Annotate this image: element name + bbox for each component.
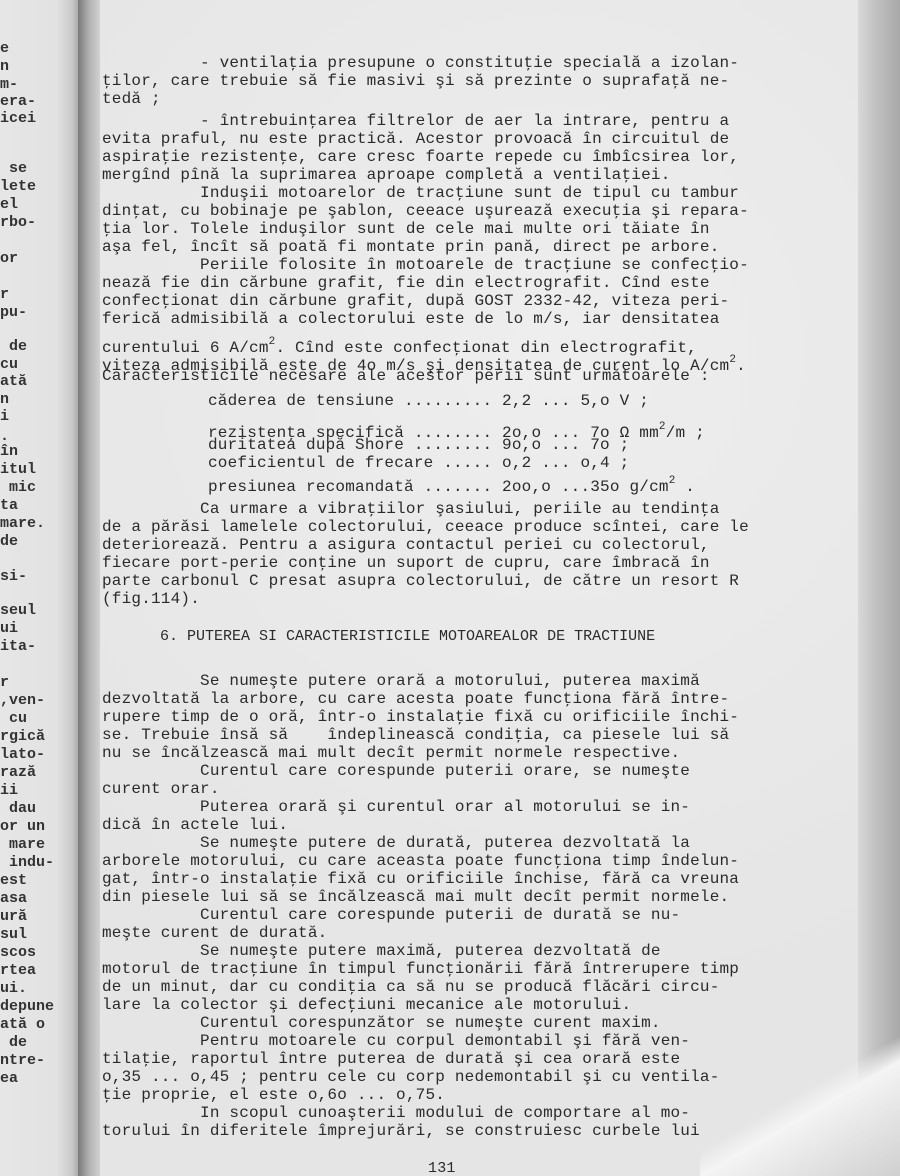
text-line: (fig.114). <box>102 590 200 608</box>
text-line: torului în diferitele împrejurări, se co… <box>102 1122 700 1140</box>
margin-fragment: ntre- <box>0 1052 45 1069</box>
text-line: tedă ; <box>102 90 161 108</box>
margin-fragment: lete <box>0 178 36 195</box>
margin-fragment: de <box>0 533 18 550</box>
margin-fragment: indu- <box>0 854 54 871</box>
text-line: confecţionat din cărbune grafit, după GO… <box>102 292 729 310</box>
margin-fragment: ată o <box>0 1016 45 1033</box>
text-line: dică în actele lui. <box>102 816 288 834</box>
characteristic-label: duritatea după Shore ........ <box>208 436 502 454</box>
margin-fragment: rgică <box>0 728 45 745</box>
text-line: parte carbonul C presat asupra colectoru… <box>102 572 739 590</box>
margin-fragment: se <box>0 160 27 177</box>
text-line: ferică admisibilă a colectorului este de… <box>102 310 720 328</box>
margin-fragment: rbo- <box>0 214 36 231</box>
margin-fragment: or <box>0 250 18 267</box>
text-line: Curentul care corespunde puterii de dura… <box>102 906 680 924</box>
margin-fragment: sul <box>0 926 27 943</box>
margin-fragment: rază <box>0 764 36 781</box>
margin-fragment: ita- <box>0 638 36 655</box>
text-line: gat, într-o instalaţie fixă cu orificiil… <box>102 870 739 888</box>
margin-fragment: ea <box>0 1070 18 1087</box>
margin-fragment: ta <box>0 497 18 514</box>
text-line: Caracteristicile necesare ale acestor pe… <box>102 367 710 385</box>
page-right-edge <box>858 0 900 1176</box>
margin-fragment: r <box>0 674 9 691</box>
margin-fragment: scos <box>0 944 36 961</box>
characteristic-range: 2oo,o ...35o <box>502 478 629 496</box>
text-line: fiecare port-perie conţine un suport de … <box>102 554 710 572</box>
margin-fragment: e <box>0 40 9 57</box>
margin-fragment: ui <box>0 620 18 637</box>
margin-fragment: pu- <box>0 304 27 321</box>
characteristic-label: căderea de tensiune ......... <box>208 392 502 410</box>
margin-fragment: est <box>0 872 27 889</box>
text-line: Se numeşte putere maximă, puterea dezvol… <box>102 942 661 960</box>
margin-fragment: era- <box>0 93 36 110</box>
characteristic-label: coeficientul de frecare ..... <box>208 454 502 472</box>
text-line: evita praful, nu este practică. Acestor … <box>102 130 729 148</box>
text-line: - ventilaţia presupune o constituţie spe… <box>102 54 739 72</box>
text-line: motorul de tracţiune în timpul funcţionă… <box>102 960 739 978</box>
margin-fragment: de <box>0 338 27 355</box>
text-line: ţilor, care trebuie să fie masivi şi să … <box>102 72 729 90</box>
text-line: meşte curent de durată. <box>102 924 327 942</box>
text-line: aspiraţie rezistenţe, care cresc foarte … <box>102 148 739 166</box>
margin-fragment: el <box>0 196 18 213</box>
characteristic-row: presiunea recomandată ....... 2oo,o ...3… <box>208 472 695 496</box>
text-line: aşa fel, încît să poată fi montate prin … <box>102 238 720 256</box>
text-line: dezvoltată la arbore, cu care acesta poa… <box>102 690 729 708</box>
page-corner-fold <box>700 1036 900 1176</box>
previous-page-margin: enm-era-icei seleteelrbo-orrpu- decuatăn… <box>0 0 82 1176</box>
margin-fragment: ,ven- <box>0 692 45 709</box>
margin-fragment: si- <box>0 568 27 585</box>
margin-fragment: ată <box>0 373 27 390</box>
margin-fragment: n <box>0 391 9 408</box>
margin-fragment: r <box>0 286 9 303</box>
characteristic-row: duritatea după Shore ........ 9o,o ... 7… <box>208 436 639 454</box>
text-line: - întrebuinţarea filtrelor de aer la int… <box>102 112 729 130</box>
text-line: Induşii motoarelor de tracţiune sunt de … <box>102 184 739 202</box>
margin-fragment: m- <box>0 76 18 93</box>
characteristic-range: 9o,o ... 7o ; <box>502 436 639 454</box>
text-line: din piesele lui să se încălzească mai mu… <box>102 888 729 906</box>
text-line: ţia lor. Tolele induşilor sunt de cele m… <box>102 220 710 238</box>
text-line: Pentru motoarele cu corpul demontabil şi… <box>102 1032 690 1050</box>
characteristic-row: coeficientul de frecare ..... o,2 ... o,… <box>208 454 639 472</box>
margin-fragment: de <box>0 1034 27 1051</box>
text-line: In scopul cunoaşterii modului de comport… <box>102 1104 690 1122</box>
margin-fragment: itul <box>0 461 36 478</box>
text-line: ţie proprie, el este o,6o ... o,75. <box>102 1086 445 1104</box>
text-line: Puterea orară şi curentul orar al motoru… <box>102 798 690 816</box>
text-line: Ca urmare a vibraţiilor şasiului, periil… <box>102 500 720 518</box>
margin-fragment: rtea <box>0 962 36 979</box>
characteristic-range: o,2 ... o,4 ; <box>502 454 639 472</box>
margin-fragment: i <box>0 408 9 425</box>
margin-fragment: depune <box>0 998 54 1015</box>
text-line: Se numeşte putere de durată, puterea dez… <box>102 834 690 852</box>
page-number: 131 <box>428 1160 456 1176</box>
text-line: tilaţie, raportul între puterea de durat… <box>102 1050 680 1068</box>
margin-fragment: cu <box>0 356 18 373</box>
text-line: o,35 ... o,45 ; pentru cele cu corp nede… <box>102 1068 720 1086</box>
characteristic-label: presiunea recomandată ....... <box>208 478 502 496</box>
margin-fragment: mic <box>0 479 36 496</box>
margin-fragment: ii <box>0 782 18 799</box>
margin-fragment: dau <box>0 800 36 817</box>
margin-fragment: cu <box>0 710 27 727</box>
text-line: arborele motorului, cu care aceasta poat… <box>102 852 739 870</box>
text-line: mergînd pînă la suprimarea aproape compl… <box>102 166 671 184</box>
text-line: Curentul care corespunde puterii orare, … <box>102 762 690 780</box>
text-line: de a părăsi lamelele colectorului, ceeac… <box>102 518 749 536</box>
characteristic-row: căderea de tensiune ......... 2,2 ... 5,… <box>208 392 649 410</box>
margin-fragment: mare <box>0 836 45 853</box>
text-line: de un minut, dar cu condiţia ca să nu se… <box>102 978 720 996</box>
characteristic-unit: V ; <box>620 392 649 410</box>
margin-fragment: n <box>0 58 9 75</box>
text-line: Periile folosite în motoarele de tracţiu… <box>102 256 749 274</box>
margin-fragment: ură <box>0 908 27 925</box>
characteristic-unit: g/cm <box>629 478 668 496</box>
characteristic-range: 2,2 ... 5,o <box>502 392 620 410</box>
margin-fragment: lato- <box>0 746 45 763</box>
text-line: nează fie din cărbune grafit, fie din el… <box>102 274 710 292</box>
margin-fragment: or un <box>0 818 45 835</box>
text-line: Se numeşte putere orară a motorului, put… <box>102 672 700 690</box>
text-line: curent orar. <box>102 780 220 798</box>
margin-fragment: mare. <box>0 515 45 532</box>
text-line: lare la colector şi defecţiuni mecanice … <box>102 996 631 1014</box>
text-line: deteriorează. Pentru a asigura contactul… <box>102 536 710 554</box>
text-line: se. Trebuie însă să îndeplinească condiţ… <box>102 726 729 744</box>
margin-fragment: ui. <box>0 980 27 997</box>
section-heading: 6. PUTEREA SI CARACTERISTICILE MOTOAREAL… <box>160 628 655 646</box>
text-line: nu se încălzească mai mult decît permit … <box>102 744 680 762</box>
text-line: rupere timp de o oră, într-o instalaţie … <box>102 708 739 726</box>
text-line: Curentul corespunzător se numeşte curent… <box>102 1014 661 1032</box>
margin-fragment: în <box>0 443 18 460</box>
text-line: dinţat, cu bobinaje pe şablon, ceeace uş… <box>102 202 749 220</box>
margin-fragment: seul <box>0 602 36 619</box>
margin-fragment: icei <box>0 110 36 127</box>
margin-fragment: asa <box>0 890 27 907</box>
book-page: - ventilaţia presupune o constituţie spe… <box>100 0 860 1176</box>
